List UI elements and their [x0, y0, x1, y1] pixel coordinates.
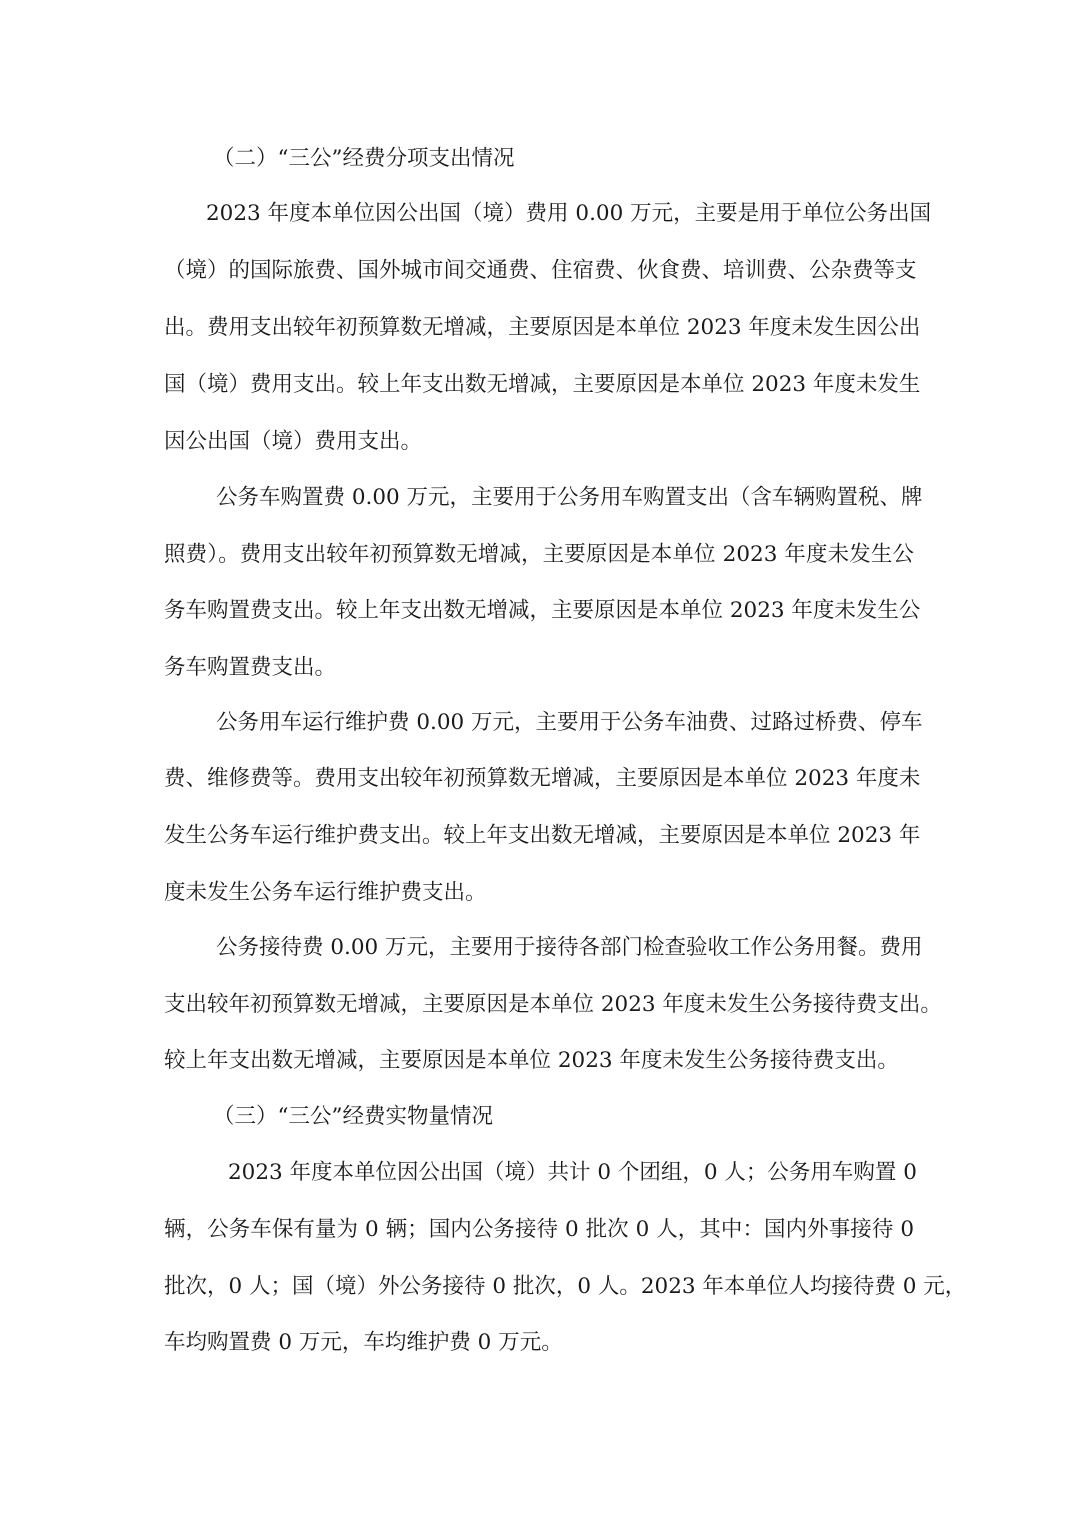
text-line: 照费）。费用支出较年初预算数无增减，主要原因是本单位 2023 年度未发生公 [164, 541, 914, 569]
text-line: 务车购置费支出。 [164, 654, 914, 682]
section-heading-physical-quantity: （三）“三公”经费实物量情况 [213, 1103, 963, 1131]
text-line: 费、维修费等。费用支出较年初预算数无增减，主要原因是本单位 2023 年度未 [164, 765, 914, 793]
text-line: 支出较年初预算数无增减，主要原因是本单位 2023 年度未发生公务接待费支出。 [164, 991, 914, 1019]
text-line: 辆，公务车保有量为 0 辆；国内公务接待 0 批次 0 人，其中：国内外事接待 … [164, 1216, 914, 1244]
text-line: 车均购置费 0 万元，车均维护费 0 万元。 [164, 1329, 914, 1357]
text-line: 出。费用支出较年初预算数无增减，主要原因是本单位 2023 年度未发生因公出 [164, 314, 914, 342]
text-line: 公务车购置费 0.00 万元，主要用于公务用车购置支出（含车辆购置税、牌 [216, 484, 914, 512]
text-line: 2023 年度本单位因公出国（境）共计 0 个团组，0 人；公务用车购置 0 [228, 1159, 914, 1187]
text-line: 公务用车运行维护费 0.00 万元，主要用于公务车油费、过路过桥费、停车 [216, 709, 914, 737]
text-line: 因公出国（境）费用支出。 [164, 428, 914, 456]
text-line: 批次，0 人；国（境）外公务接待 0 批次，0 人。2023 年本单位人均接待费… [164, 1273, 914, 1301]
text-line: 度未发生公务车运行维护费支出。 [164, 879, 914, 907]
section-heading-expenditure-breakdown: （二）“三公”经费分项支出情况 [213, 145, 963, 173]
text-line: 较上年支出数无增减，主要原因是本单位 2023 年度未发生公务接待费支出。 [164, 1047, 914, 1075]
text-line: 发生公务车运行维护费支出。较上年支出数无增减，主要原因是本单位 2023 年 [164, 822, 914, 850]
text-line: 国（境）费用支出。较上年支出数无增减，主要原因是本单位 2023 年度未发生 [164, 371, 914, 399]
text-line: 务车购置费支出。较上年支出数无增减，主要原因是本单位 2023 年度未发生公 [164, 597, 914, 625]
document-page: （二）“三公”经费分项支出情况 2023 年度本单位因公出国（境）费用 0.00… [0, 0, 1074, 1520]
text-line: 公务接待费 0.00 万元，主要用于接待各部门检查验收工作公务用餐。费用 [216, 934, 914, 962]
text-line: （境）的国际旅费、国外城市间交通费、住宿费、伙食费、培训费、公杂费等支 [164, 257, 914, 285]
text-line: 2023 年度本单位因公出国（境）费用 0.00 万元，主要是用于单位公务出国 [206, 200, 914, 228]
